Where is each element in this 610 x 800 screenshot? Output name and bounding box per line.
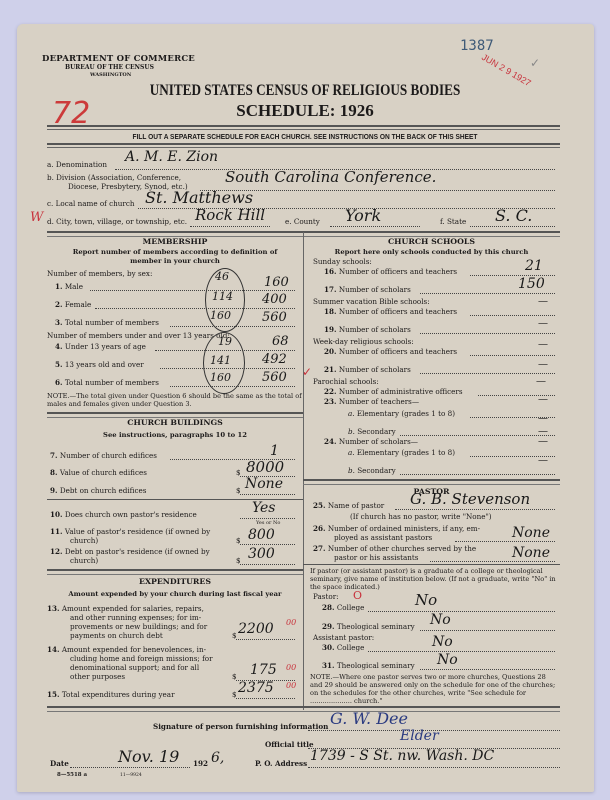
form-number: 8—5518 a <box>57 772 87 778</box>
division-field[interactable] <box>200 190 555 191</box>
q8-label: Value of church edifices <box>60 468 147 477</box>
parochial-schools-label: Parochial schools: <box>313 377 379 386</box>
po-address-value: 1739 - S St. nw. Wash. DC <box>310 748 494 764</box>
state-value: S. C. <box>495 206 532 225</box>
q14-label-4: other purposes <box>70 672 125 681</box>
weekday-teachers-field[interactable] <box>470 355 555 356</box>
date-field[interactable] <box>70 767 190 768</box>
q4-label: Under 13 years of age <box>65 342 146 351</box>
division-label: b. Division (Association, Conference, <box>47 173 181 182</box>
section-divider <box>47 569 303 575</box>
q26-label-2: ployed as assistant pastors <box>334 533 432 542</box>
q26-number: 26. <box>313 524 326 533</box>
year-value: 6, <box>211 750 224 766</box>
q18-label: Number of officers and teachers <box>339 307 457 316</box>
q11-label: Value of pastor's residence (if owned by <box>65 527 210 536</box>
edifices-debt-value: None <box>245 476 283 492</box>
pastor-college-field[interactable] <box>368 611 555 612</box>
q5-label: 13 years old and over <box>65 360 144 369</box>
division-value: South Carolina Conference. <box>225 168 436 186</box>
q2-number: 2. <box>55 300 63 309</box>
under-13-value: 68 <box>272 334 289 349</box>
other-churches-field[interactable] <box>430 561 555 562</box>
pastor-note: NOTE.—Where one pastor serves two or mor… <box>310 673 558 705</box>
education-note: If pastor (or assistant pastor) is a gra… <box>310 567 558 591</box>
q13-number: 13. <box>47 604 60 613</box>
q26-label: Number of ordained ministers, if any, em… <box>328 524 480 533</box>
weekday-scholars-field[interactable] <box>420 373 555 374</box>
q10-label: Does church own pastor's residence <box>65 510 197 519</box>
section-divider <box>47 706 560 712</box>
q8-number: 8. <box>50 468 58 477</box>
q19-label: Number of scholars <box>339 325 411 334</box>
q6-number: 6. <box>55 378 63 387</box>
tally-circle-icon <box>203 332 245 394</box>
year-prefix: 192 <box>193 759 208 768</box>
q28-number: 28. <box>322 603 335 612</box>
church-schools-subheading: Report here only schools conducted by th… <box>303 248 560 256</box>
admin-officers-value: — <box>538 394 548 405</box>
pastor-name-value: G. B. Stevenson <box>410 490 530 508</box>
q9-label: Debt on church edifices <box>60 486 147 495</box>
q21-label: Number of scholars <box>339 365 411 374</box>
tally-circle-icon <box>205 268 245 332</box>
summer-teachers-field[interactable] <box>470 315 555 316</box>
male-field[interactable] <box>90 290 295 291</box>
q13-label: Amount expended for salaries, repairs, <box>62 604 204 613</box>
denomination-label: a. Denomination <box>47 160 107 169</box>
benevolences-cents: 00 <box>286 663 296 672</box>
city-field[interactable] <box>190 226 270 227</box>
total-members-value: 560 <box>262 310 287 325</box>
county-label: e. County <box>285 217 320 226</box>
q24-number: 24. <box>324 437 337 446</box>
q9-number: 9. <box>50 486 58 495</box>
q14-label: Amount expended for benevolences, in- <box>62 645 206 654</box>
q17-label: Number of scholars <box>339 285 411 294</box>
owns-residence-value: Yes <box>252 500 276 516</box>
assistant-seminary-value: No <box>437 652 458 668</box>
margin-mark: W <box>30 210 43 225</box>
summer-scholars-value: — <box>538 318 548 329</box>
divider <box>303 564 560 565</box>
sunday-scholars-field[interactable] <box>420 293 555 294</box>
sunday-scholars-value: 150 <box>518 276 545 292</box>
q25-label: Name of pastor <box>328 501 384 510</box>
q29-label: Theological seminary <box>337 622 415 631</box>
running-expenses-value: 2200 <box>238 621 274 637</box>
q22-label: Number of administrative officers <box>339 387 463 396</box>
fill-out-instruction: FILL OUT A SEPARATE SCHEDULE FOR EACH CH… <box>37 132 574 141</box>
q22-number: 22. <box>324 387 337 396</box>
q12-label-2: church) <box>70 556 98 565</box>
q24b-number: b. <box>348 466 355 475</box>
q11-label-2: church) <box>70 536 98 545</box>
scholars-secondary-field[interactable] <box>400 474 555 475</box>
by-age-label: Number of members under and over 13 year… <box>47 331 230 340</box>
sunday-schools-label: Sunday schools: <box>313 257 372 266</box>
pastor-circle-mark: O <box>353 589 362 602</box>
signature-label: Signature of person furnishing informati… <box>153 722 328 731</box>
q17-number: 17. <box>324 285 337 294</box>
q24a-label: Elementary (grades 1 to 8) <box>357 448 455 457</box>
assistant-college-field[interactable] <box>368 651 555 652</box>
instruction-divider <box>47 143 560 148</box>
q16-label: Number of officers and teachers <box>339 267 457 276</box>
edifices-debt-field[interactable] <box>240 494 295 495</box>
form-title: UNITED STATES CENSUS OF RELIGIOUS BODIES <box>46 82 565 100</box>
owns-residence-field[interactable] <box>240 518 295 519</box>
official-title-label: Official title <box>265 740 314 749</box>
po-address-label: P. O. Address <box>255 759 307 768</box>
q27-number: 27. <box>313 544 326 553</box>
form-subtitle: SCHEDULE: 1926 <box>0 101 610 121</box>
q15-label: Total expenditures during year <box>62 690 175 699</box>
running-expenses-cents: 00 <box>286 618 296 627</box>
pastor-name-field[interactable] <box>395 509 555 510</box>
teachers-secondary-field[interactable] <box>400 435 555 436</box>
q15-number: 15. <box>47 690 60 699</box>
denomination-value: A. M. E. Zion <box>125 149 218 165</box>
state-field[interactable] <box>470 226 555 227</box>
scholars-secondary-value: — <box>538 455 548 466</box>
q19-number: 19. <box>324 325 337 334</box>
q23-label: Number of teachers— <box>339 397 419 406</box>
q24a-number: a. <box>348 448 355 457</box>
summer-teachers-value: — <box>538 296 548 307</box>
q23a-number: a. <box>348 409 355 418</box>
q23a-label: Elementary (grades 1 to 8) <box>357 409 455 418</box>
q12-label: Debt on pastor's residence (if owned by <box>65 547 210 556</box>
pastor-college-value: No <box>415 591 437 609</box>
pastor-seminary-field[interactable] <box>420 630 555 631</box>
local-name-value: St. Matthews <box>145 188 253 207</box>
state-label: f. State <box>440 217 466 226</box>
church-buildings-heading: CHURCH BUILDINGS <box>47 418 303 427</box>
q7-number: 7. <box>50 451 58 460</box>
q14-label-3: denominational support; and for all <box>70 663 199 672</box>
q18-number: 18. <box>324 307 337 316</box>
other-churches-value: None <box>512 545 550 561</box>
q5-number: 5. <box>55 360 63 369</box>
church-buildings-subheading: See instructions, paragraphs 10 to 12 <box>47 431 303 439</box>
q27-label: Number of other churches served by the <box>328 544 476 553</box>
sunday-teachers-value: 21 <box>525 258 543 274</box>
city-label: d. City, town, village, or township, etc… <box>47 217 187 226</box>
weekday-teachers-value: — <box>538 339 548 350</box>
membership-subheading-2: member in your church <box>47 257 303 265</box>
q2-label: Female <box>65 300 92 309</box>
scholars-elementary-value: — <box>538 436 548 447</box>
q13-label-4: payments on church debt <box>70 631 163 640</box>
column-divider <box>303 232 304 710</box>
q13-label-3: provements or new buildings; and for <box>70 622 207 631</box>
q23b-label: Secondary <box>357 427 396 436</box>
official-title-value: Elder <box>400 728 439 744</box>
q4-number: 4. <box>55 342 63 351</box>
q1-number: 1. <box>55 282 63 291</box>
parochial-mark: — <box>536 376 546 387</box>
q23-number: 23. <box>324 397 337 406</box>
female-field[interactable] <box>95 308 295 309</box>
assistant-pastors-value: None <box>512 525 550 541</box>
expenditures-heading: EXPENDITURES <box>47 577 303 586</box>
pastor-label: Pastor: <box>313 592 339 601</box>
section-divider <box>303 479 560 485</box>
q10-number: 10. <box>50 510 63 519</box>
date-label: Date <box>50 759 69 768</box>
bureau-city: WASHINGTON <box>90 72 131 78</box>
residence-value: 800 <box>248 527 275 543</box>
assistant-pastors-field[interactable] <box>455 541 555 542</box>
q20-number: 20. <box>324 347 337 356</box>
q24-label: Number of scholars— <box>339 437 418 446</box>
weekday-scholars-value: — <box>538 359 548 370</box>
male-value: 160 <box>264 275 289 290</box>
assistant-pastor-label: Assistant pastor: <box>313 633 374 642</box>
q13-label-2: and other running expenses; for im- <box>70 613 201 622</box>
teachers-elementary-value: — <box>538 413 548 424</box>
edifices-count-value: 1 <box>270 443 279 459</box>
q28-label: College <box>337 603 365 612</box>
city-value: Rock Hill <box>195 206 265 224</box>
expenditures-subheading: Amount expended by your church during la… <box>47 590 303 598</box>
female-value: 400 <box>262 292 287 307</box>
pastor-seminary-value: No <box>430 612 451 628</box>
department-name: DEPARTMENT OF COMMERCE <box>42 54 195 64</box>
membership-note: NOTE.—The total given under Question 6 s… <box>47 392 303 408</box>
q30-label: College <box>337 643 365 652</box>
total-expenditures-value: 2375 <box>238 680 274 696</box>
residence-debt-value: 300 <box>248 546 275 562</box>
weekday-schools-label: Week-day religious schools: <box>313 337 414 346</box>
assistant-college-value: No <box>432 634 453 650</box>
q25-number: 25. <box>313 501 326 510</box>
assistant-seminary-field[interactable] <box>420 669 555 670</box>
by-sex-label: Number of members, by sex: <box>47 269 152 278</box>
pastor-name-hint: (If church has no pastor, write "None") <box>350 512 492 521</box>
q14-number: 14. <box>47 645 60 654</box>
q20-label: Number of officers and teachers <box>339 347 457 356</box>
county-field[interactable] <box>330 226 420 227</box>
q30-number: 30. <box>322 643 335 652</box>
benevolences-value: 175 <box>250 662 277 678</box>
total-expenditures-cents: 00 <box>286 681 296 690</box>
total-expenditures-field[interactable] <box>236 698 295 699</box>
local-name-label: c. Local name of church <box>47 199 135 208</box>
over-13-value: 492 <box>262 352 287 367</box>
total-members-age-value: 560 <box>262 370 287 385</box>
running-expenses-field[interactable] <box>236 639 295 640</box>
q11-number: 11. <box>50 527 63 536</box>
church-schools-heading: CHURCH SCHOOLS <box>303 237 560 246</box>
q31-number: 31. <box>322 661 335 670</box>
bureau-name: BUREAU OF THE CENSUS <box>65 64 154 71</box>
membership-subheading-1: Report number of members according to de… <box>47 248 303 256</box>
q21-number: 21. <box>324 365 337 374</box>
print-code: 11—9924 <box>120 773 142 778</box>
q3-number: 3. <box>55 318 63 327</box>
date-value: Nov. 19 <box>118 747 179 766</box>
membership-heading: MEMBERSHIP <box>47 237 303 246</box>
residence-debt-field[interactable] <box>240 564 295 565</box>
summer-schools-label: Summer vacation Bible schools: <box>313 297 430 306</box>
q29-number: 29. <box>322 622 335 631</box>
q24b-label: Secondary <box>357 466 396 475</box>
check-mark-icon: ✓ <box>530 56 540 70</box>
summer-scholars-field[interactable] <box>420 333 555 334</box>
q12-number: 12. <box>50 547 63 556</box>
q3-label: Total number of members <box>65 318 159 327</box>
yes-no-hint: Yes or No <box>256 520 280 526</box>
red-check-icon: ✓ <box>302 365 312 379</box>
q1-label: Male <box>65 282 83 291</box>
edifices-value: 8000 <box>246 458 284 476</box>
q31-label: Theological seminary <box>337 661 415 670</box>
q7-label: Number of church edifices <box>60 451 157 460</box>
q27-label-2: pastor or his assistants <box>334 553 419 562</box>
county-value: York <box>345 206 381 225</box>
header-divider <box>47 125 560 130</box>
q16-number: 16. <box>324 267 337 276</box>
serial-number: 1387 <box>460 38 494 54</box>
q14-label-2: cluding home and foreign missions; for <box>70 654 213 663</box>
q6-label: Total number of members <box>65 378 159 387</box>
residence-value-field[interactable] <box>240 544 295 545</box>
q23b-number: b. <box>348 427 355 436</box>
signature-value: G. W. Dee <box>330 709 408 728</box>
po-address-field[interactable] <box>308 767 560 768</box>
